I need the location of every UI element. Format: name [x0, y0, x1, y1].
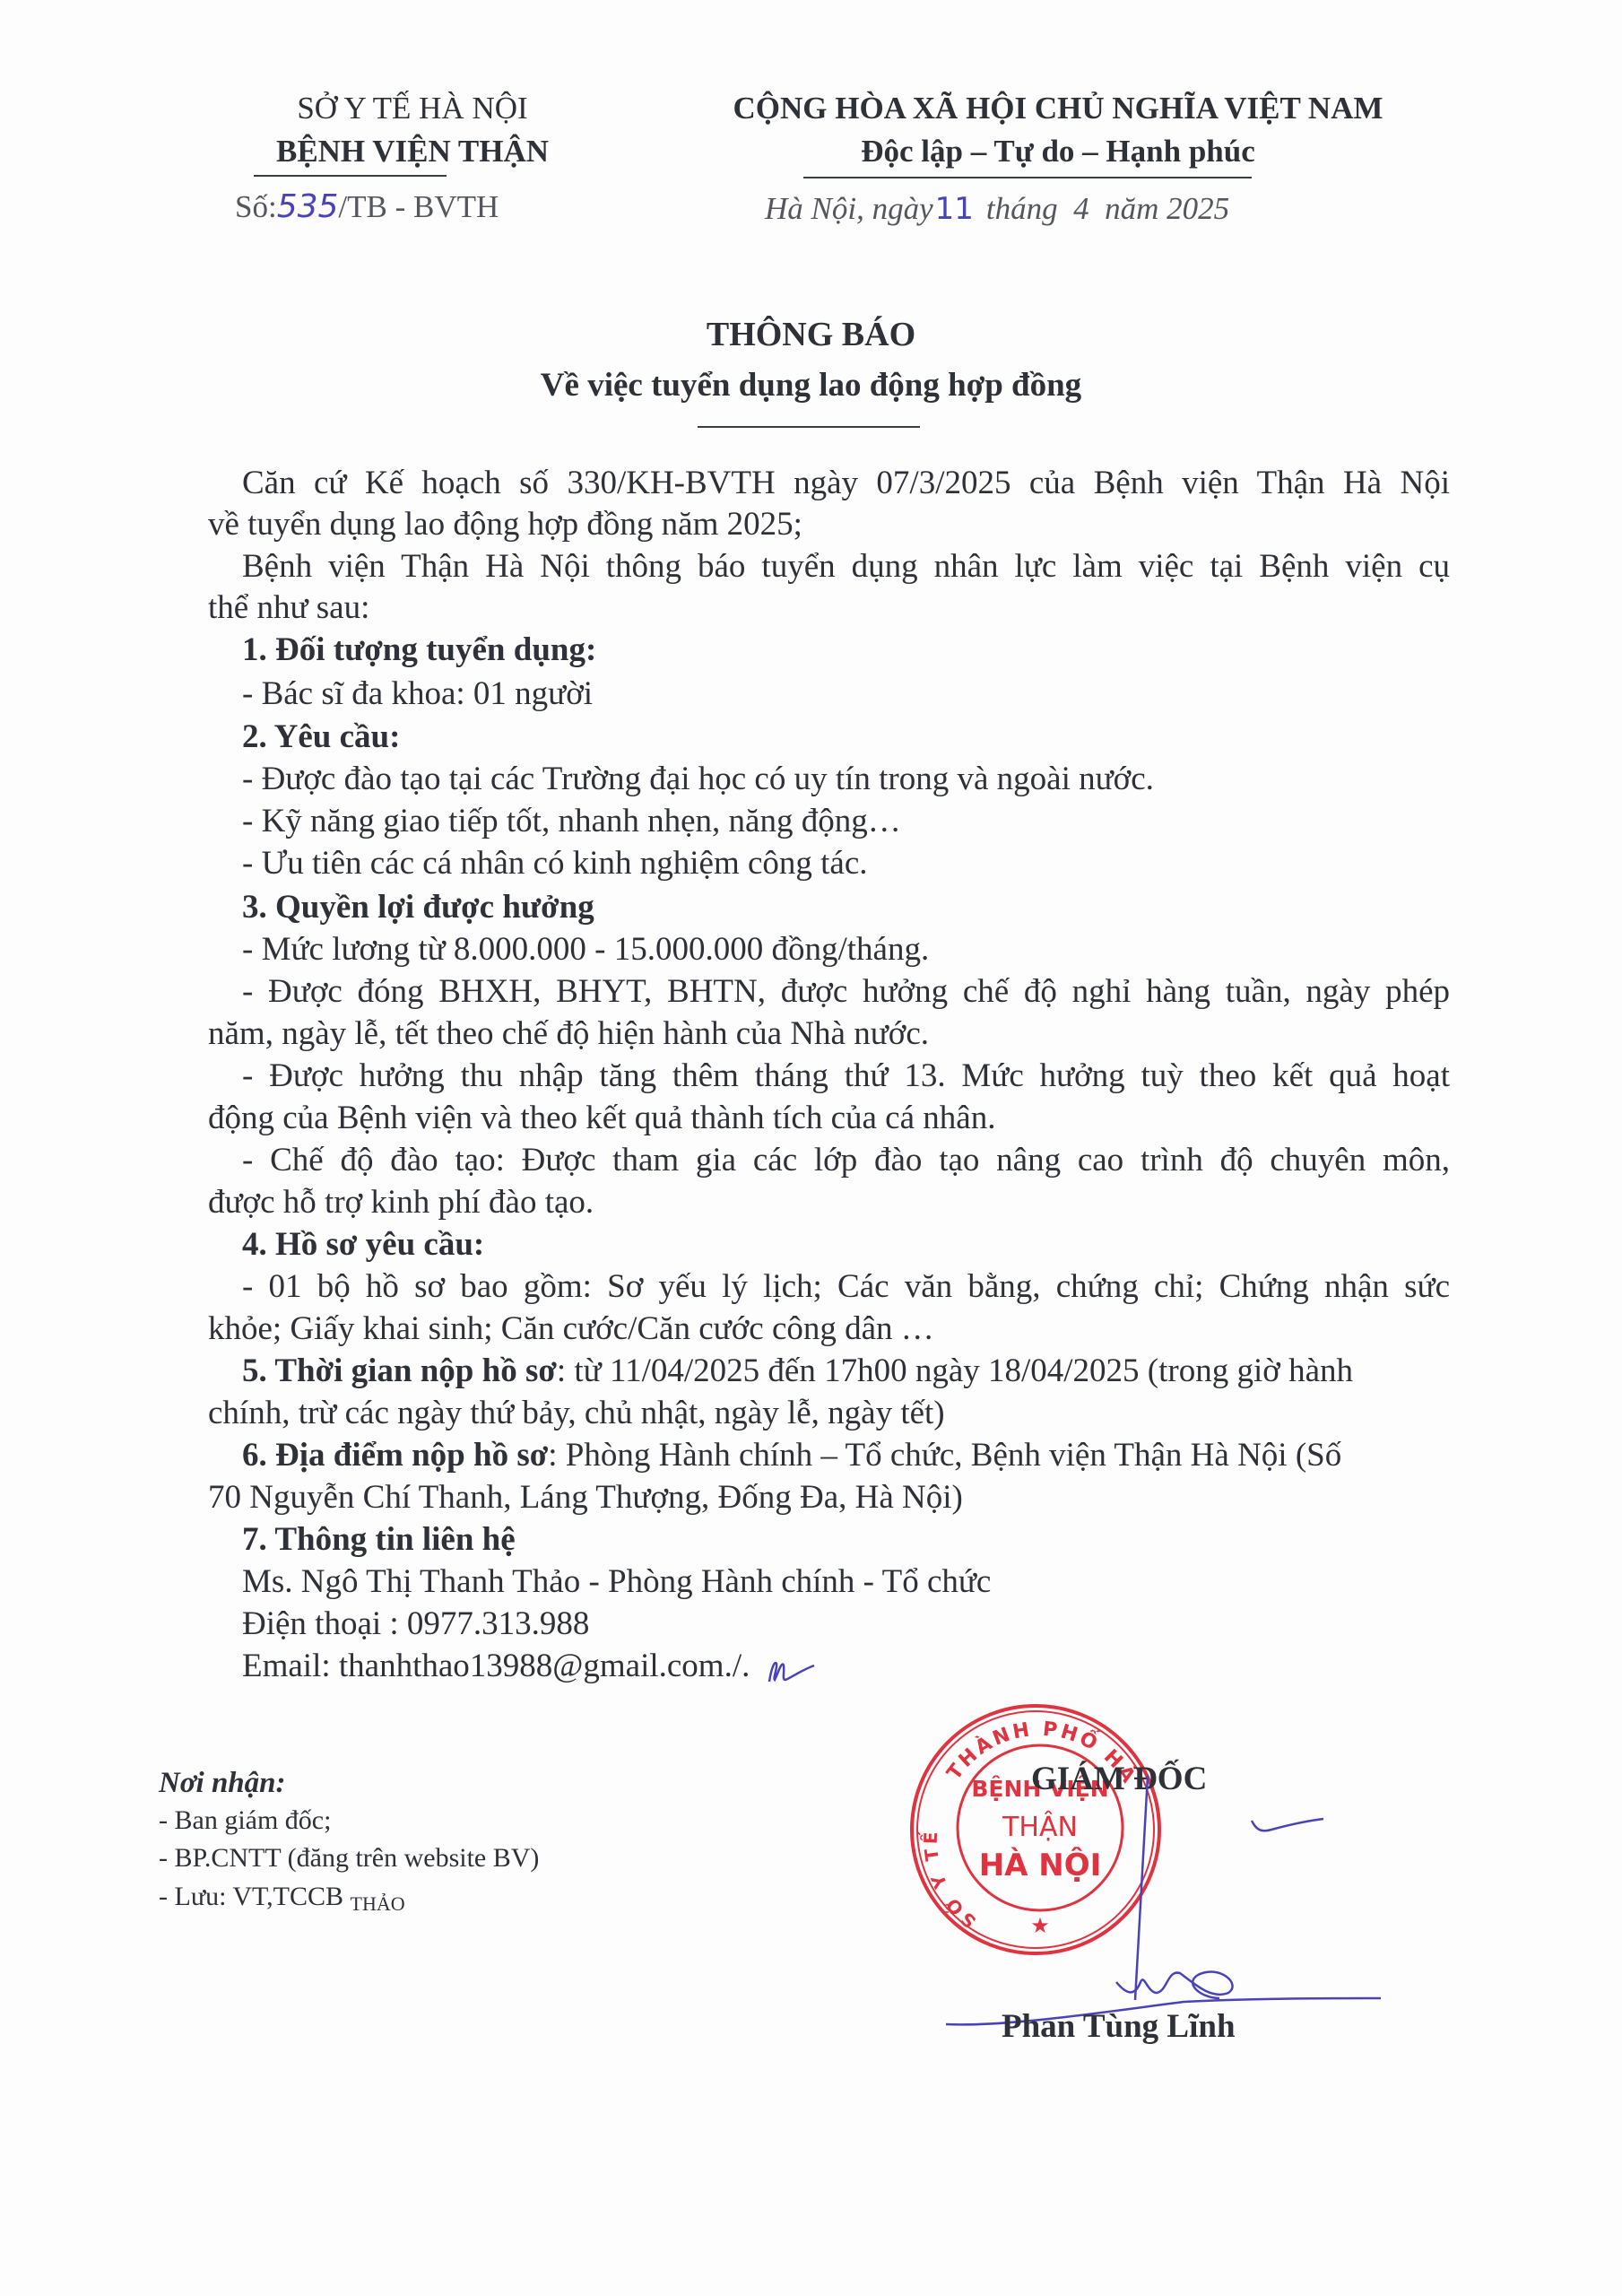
contact-person: Ms. Ngô Thị Thanh Thảo - Phòng Hành chín… — [242, 1562, 1450, 1602]
section-6-line-1: 6. Địa điểm nộp hồ sơ: Phòng Hành chính … — [242, 1436, 1450, 1475]
section-3-line: năm, ngày lễ, tết theo chế độ hiện hành … — [208, 1014, 1450, 1054]
section-3-line: được hỗ trợ kinh phí đào tạo. — [208, 1183, 1450, 1222]
organization-name: BỆNH VIỆN THẬN — [206, 133, 619, 170]
signer-name: Phan Tùng Lĩnh — [1002, 2007, 1236, 2047]
section-4-line: khỏe; Giấy khai sinh; Căn cước/Căn cước … — [208, 1309, 1450, 1349]
section-5-line-2: chính, trừ các ngày thứ bảy, chủ nhật, n… — [208, 1394, 1450, 1433]
recipient-item-archive: - Lưu: VT,TCCB THẢO — [159, 1881, 405, 1915]
contact-email-line: Email: thanhthao13988@gmail.com./. — [242, 1647, 1450, 1688]
title-divider — [698, 426, 920, 428]
handwritten-initials — [764, 1652, 818, 1683]
document-number: Số:535/TB - BVTH — [235, 188, 499, 226]
date-year-label: năm — [1105, 191, 1158, 226]
contact-email: Email: thanhthao13988@gmail.com./. — [242, 1648, 750, 1684]
motto-underline — [803, 177, 1252, 178]
date-prefix: Hà Nội, ngày — [765, 191, 933, 226]
org-underline — [254, 175, 447, 177]
section-4-line: - 01 bộ hồ sơ bao gồm: Sơ yếu lý lịch; C… — [242, 1267, 1450, 1307]
section-1-item: - Bác sĩ đa khoa: 01 người — [242, 674, 1450, 714]
date-month-label: tháng — [986, 191, 1058, 226]
section-heading-2: 2. Yêu cầu: — [242, 717, 1450, 757]
date-year: 2025 — [1167, 191, 1229, 226]
doc-number-prefix: Số: — [235, 189, 277, 224]
section-heading-5: 5. Thời gian nộp hồ sơ — [242, 1352, 557, 1389]
section-2-item: - Được đào tạo tại các Trường đại học có… — [242, 760, 1450, 799]
handwritten-signature-icon — [932, 1758, 1399, 2036]
section-3-line: - Mức lương từ 8.000.000 - 15.000.000 đồ… — [242, 930, 1450, 970]
document-date: Hà Nội, ngày11tháng 4 năm 2025 — [765, 190, 1229, 228]
date-day-handwritten: 11 — [935, 191, 974, 227]
country-name: CỘNG HÒA XÃ HỘI CHỦ NGHĨA VIỆT NAM — [664, 90, 1453, 127]
section-3-line: - Được hưởng thu nhập tăng thêm tháng th… — [242, 1057, 1450, 1096]
intro-line: Căn cứ Kế hoạch số 330/KH-BVTH ngày 07/3… — [242, 464, 1450, 503]
doc-number-handwritten: 535 — [277, 188, 339, 225]
section-5-line-1: 5. Thời gian nộp hồ sơ: từ 11/04/2025 đế… — [242, 1352, 1450, 1391]
section-2-item: - Kỹ năng giao tiếp tốt, nhanh nhẹn, năn… — [242, 802, 1450, 841]
date-month: 4 — [1073, 191, 1089, 226]
recipient-item: - BP.CNTT (đăng trên website BV) — [159, 1842, 539, 1874]
document-title: THÔNG BÁO — [0, 314, 1622, 355]
recipients-label: Nơi nhận: — [159, 1765, 286, 1801]
section-6-text: : Phòng Hành chính – Tổ chức, Bệnh viện … — [548, 1437, 1341, 1474]
section-heading-3: 3. Quyền lợi được hưởng — [242, 888, 1450, 927]
recipient-item: - Ban giám đốc; — [159, 1805, 331, 1837]
doc-number-suffix: /TB - BVTH — [338, 189, 499, 224]
section-3-line: - Được đóng BHXH, BHYT, BHTN, được hưởng… — [242, 972, 1450, 1012]
section-heading-1: 1. Đối tượng tuyển dụng: — [242, 631, 1450, 670]
intro-line: về tuyển dụng lao động hợp đồng năm 2025… — [208, 505, 1450, 544]
contact-phone: Điện thoại : 0977.313.988 — [242, 1605, 1450, 1644]
section-heading-7: 7. Thông tin liên hệ — [242, 1520, 1450, 1560]
section-heading-4: 4. Hồ sơ yêu cầu: — [242, 1225, 1450, 1265]
initials-scribble-icon — [764, 1653, 818, 1685]
ministry-name: SỞ Y TẾ HÀ NỘI — [206, 90, 619, 127]
document-subtitle: Về việc tuyển dụng lao động hợp đồng — [0, 365, 1622, 406]
section-5-text: : từ 11/04/2025 đến 17h00 ngày 18/04/202… — [557, 1352, 1353, 1389]
section-3-line: động của Bệnh viện và theo kết quả thành… — [208, 1099, 1450, 1138]
intro-line: Bệnh viện Thận Hà Nội thông báo tuyển dụ… — [242, 547, 1450, 587]
section-3-line: - Chế độ đào tạo: Được tham gia các lớp … — [242, 1141, 1450, 1180]
drafter-subscript: THẢO — [351, 1892, 405, 1915]
section-2-item: - Ưu tiên các cá nhân có kinh nghiệm côn… — [242, 844, 1450, 883]
section-6-line-2: 70 Nguyễn Chí Thanh, Láng Thượng, Đống Đ… — [208, 1478, 1450, 1518]
recipient-archive-text: - Lưu: VT,TCCB — [159, 1882, 343, 1911]
intro-line: thể như sau: — [208, 588, 1450, 628]
national-motto: Độc lập – Tự do – Hạnh phúc — [664, 133, 1453, 170]
section-heading-6: 6. Địa điểm nộp hồ sơ — [242, 1437, 548, 1474]
